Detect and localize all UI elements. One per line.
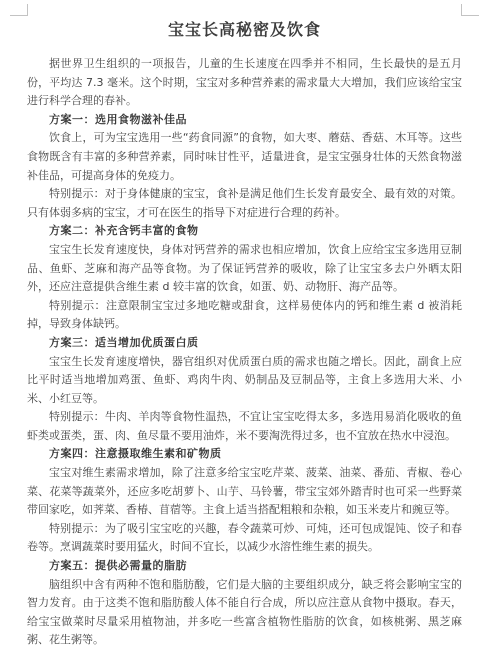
document-body: 宝宝长高秘密及饮食 据世界卫生组织的一项报告，儿童的生长速度在四季并不相同，生长… [27, 20, 462, 649]
paragraph-plan-2: 宝宝生长发育速度快，身体对钙营养的需求也相应增加，饮食上应给宝宝多选用豆制品、鱼… [27, 241, 462, 297]
heading-plan-1: 方案一：选用食物滋补佳品 [27, 111, 462, 130]
paragraph-plan-3: 宝宝生长发育速度增快，器官组织对优质蛋白质的需求也随之增长。因此，副食上应比平时… [27, 353, 462, 409]
heading-plan-4: 方案四：注意摄取维生素和矿物质 [27, 445, 462, 464]
tip-paragraph-plan-2: 特别提示：注意限制宝宝过多地吃糖或甜食，这样易使体内的钙和维生素 d 被消耗掉，… [27, 297, 462, 334]
heading-plan-5: 方案五：提供必需量的脂肪 [27, 557, 462, 576]
tip-paragraph-plan-1: 特别提示：对于身体健康的宝宝，食补是满足他们生长发育最安全、最有效的对策。只有体… [27, 185, 462, 222]
heading-plan-2: 方案二：补充含钙丰富的食物 [27, 222, 462, 241]
intro-paragraph: 据世界卫生组织的一项报告，儿童的生长速度在四季并不相同，生长最快的是五月份，平均… [27, 55, 462, 111]
paragraph-plan-1: 饮食上，可为宝宝选用一些“药食同源”的食物，如大枣、蘑菇、香菇、木耳等。这些食物… [27, 129, 462, 185]
text-boundary-mark-top-left-icon [10, 4, 28, 16]
document-title: 宝宝长高秘密及饮食 [27, 20, 462, 40]
document-page: 宝宝长高秘密及饮食 据世界卫生组织的一项报告，儿童的生长速度在四季并不相同，生长… [0, 0, 489, 649]
tip-paragraph-plan-4: 特别提示：为了吸引宝宝吃的兴趣，春令蔬菜可炒、可炖，还可包成馄饨、饺子和春卷等。… [27, 520, 462, 557]
text-boundary-mark-top-right-icon [461, 4, 479, 16]
heading-plan-3: 方案三：适当增加优质蛋白质 [27, 334, 462, 353]
tip-paragraph-plan-3: 特别提示：牛肉、羊肉等食物性温热，不宜让宝宝吃得太多，多选用易消化吸收的鱼虾类或… [27, 408, 462, 445]
paragraph-plan-5: 脑组织中含有两种不饱和脂肪酸，它们是大脑的主要组织成分，缺乏将会影响宝宝的智力发… [27, 576, 462, 649]
paragraph-plan-4: 宝宝对维生素需求增加，除了注意多给宝宝吃芹菜、菠菜、油菜、番茄、青椒、卷心菜、花… [27, 464, 462, 520]
